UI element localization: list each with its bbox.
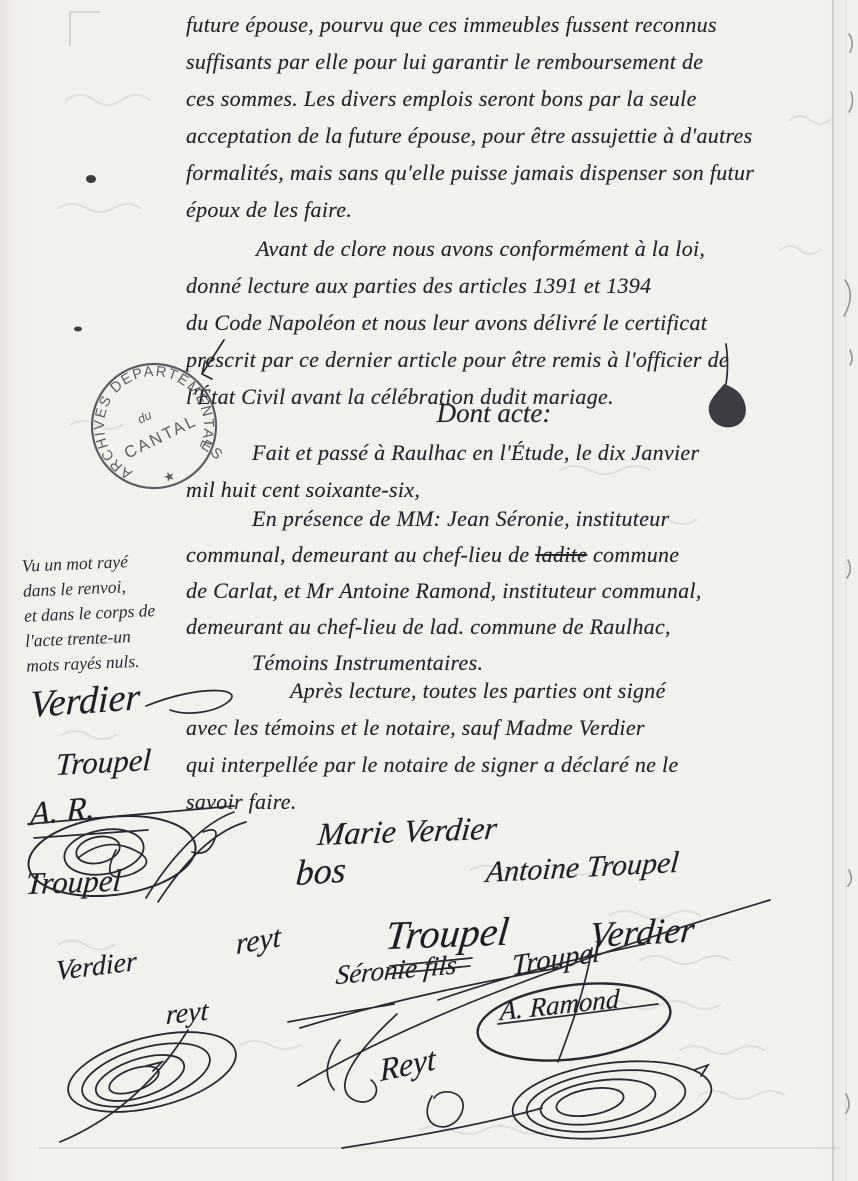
manuscript-line: de Carlat, et Mr Antoine Ramond, institu… [186,578,804,614]
manuscript-line: qui interpellée par le notaire de signer… [186,752,804,789]
manuscript-line: du Code Napoléon et nous leur avons déli… [186,310,804,347]
paragraph-date-place: Fait et passé à Raulhac en l'Étude, le d… [186,440,804,514]
line-fragment: commune [587,542,679,567]
signature-troupel-left: Troupel [55,742,152,783]
paragraph-lecture: Après lecture, toutes les parties ont si… [186,678,804,826]
dont-acte-heading: Dont acte: [186,398,802,429]
paraph-spiral-left-1 [60,1017,244,1127]
manuscript-line: En présence de MM: Jean Séronie, institu… [186,506,804,542]
signature-seronie-fils: Séronie fils [335,949,459,991]
manuscript-line: avec les témoins et le notaire, sauf Mad… [186,715,804,752]
manuscript-page-scan: future épouse, pourvu que ces immeubles … [0,0,858,1181]
signature-a-ramond: A. Ramond [499,983,619,1027]
paragraph-code-napoleon: Avant de clore nous avons conformément à… [186,236,804,421]
manuscript-line: Fait et passé à Raulhac en l'Étude, le d… [186,440,804,477]
signature-marie-verdier: Marie Verdier [316,810,499,853]
manuscript-line: époux de les faire. [186,197,804,234]
signature-reyt-2: reyt [165,995,208,1032]
paraph-spiral-left-4 [106,1061,162,1099]
signature-verdier-large: Verdier [588,908,696,956]
manuscript-line: suffisants par elle pour lui garantir le… [186,49,804,86]
manuscript-line: future épouse, pourvu que ces immeubles … [186,12,804,49]
paraph-spiral-right-1 [508,1051,716,1149]
paraph-spiral-right-2 [523,1061,690,1141]
signature-troupel-crossed: Troupel [512,936,601,983]
manuscript-line: acceptation de la future épouse, pour êt… [186,123,804,160]
paraph-spiral-right-3 [537,1072,658,1132]
stamp-du-label: du [135,408,154,427]
manuscript-line: donné lecture aux parties des articles 1… [186,273,804,310]
stamp-ring-text: ARCHIVES DÉPARTEMENTALES [74,345,232,500]
manuscript-line: Avant de clore nous avons conformément à… [186,236,804,273]
signature-reyt-large: Reyt [379,1040,436,1089]
stamp-ring-textpath: ARCHIVES DÉPARTEMENTALES [74,345,232,500]
paragraph-guarantee: future épouse, pourvu que ces immeubles … [186,12,804,234]
paragraph-witnesses: En présence de MM: Jean Séronie, institu… [186,506,804,686]
manuscript-line: formalités, mais sans qu'elle puisse jam… [186,160,804,197]
top-left-corner-mark [70,12,100,46]
manuscript-line: Après lecture, toutes les parties ont si… [186,678,804,715]
paraph-spiral-left-2 [75,1031,217,1119]
paraph-spiral-right-4 [554,1083,625,1120]
signature-verdier-shaky: Verdier [56,946,137,988]
manuscript-line: demeurant au chef-lieu de lad. commune d… [186,614,804,650]
adjacent-page-stroke-marks [844,34,853,1113]
paraph-spiral-left-3 [90,1046,189,1111]
margin-note: Vu un mot rayé dans le renvoi, et dans l… [21,546,198,678]
stamp-cantal-label: CANTAL [122,412,201,463]
manuscript-line: ces sommes. Les divers emplois seront bo… [186,86,804,123]
signature-reyt-1: reyt [236,920,281,962]
stamp-center-text: du CANTAL [111,391,200,462]
signature-troupel-left2: Troupel [25,863,123,902]
struck-word: ladite [535,542,587,567]
manuscript-line: prescrit par ce dernier article pour êtr… [186,347,804,384]
signature-initials-ar: A. R. [29,790,95,834]
line-fragment: communal, demeurant au chef-lieu de [186,542,535,567]
signature-bos: bos [295,848,348,894]
manuscript-line: communal, demeurant au chef-lieu de ladi… [186,542,804,578]
signature-verdier-left: Verdier [29,675,141,727]
signature-antoine-troupel: Antoine Troupel [485,846,681,890]
stamp-star: ★ [161,467,177,485]
